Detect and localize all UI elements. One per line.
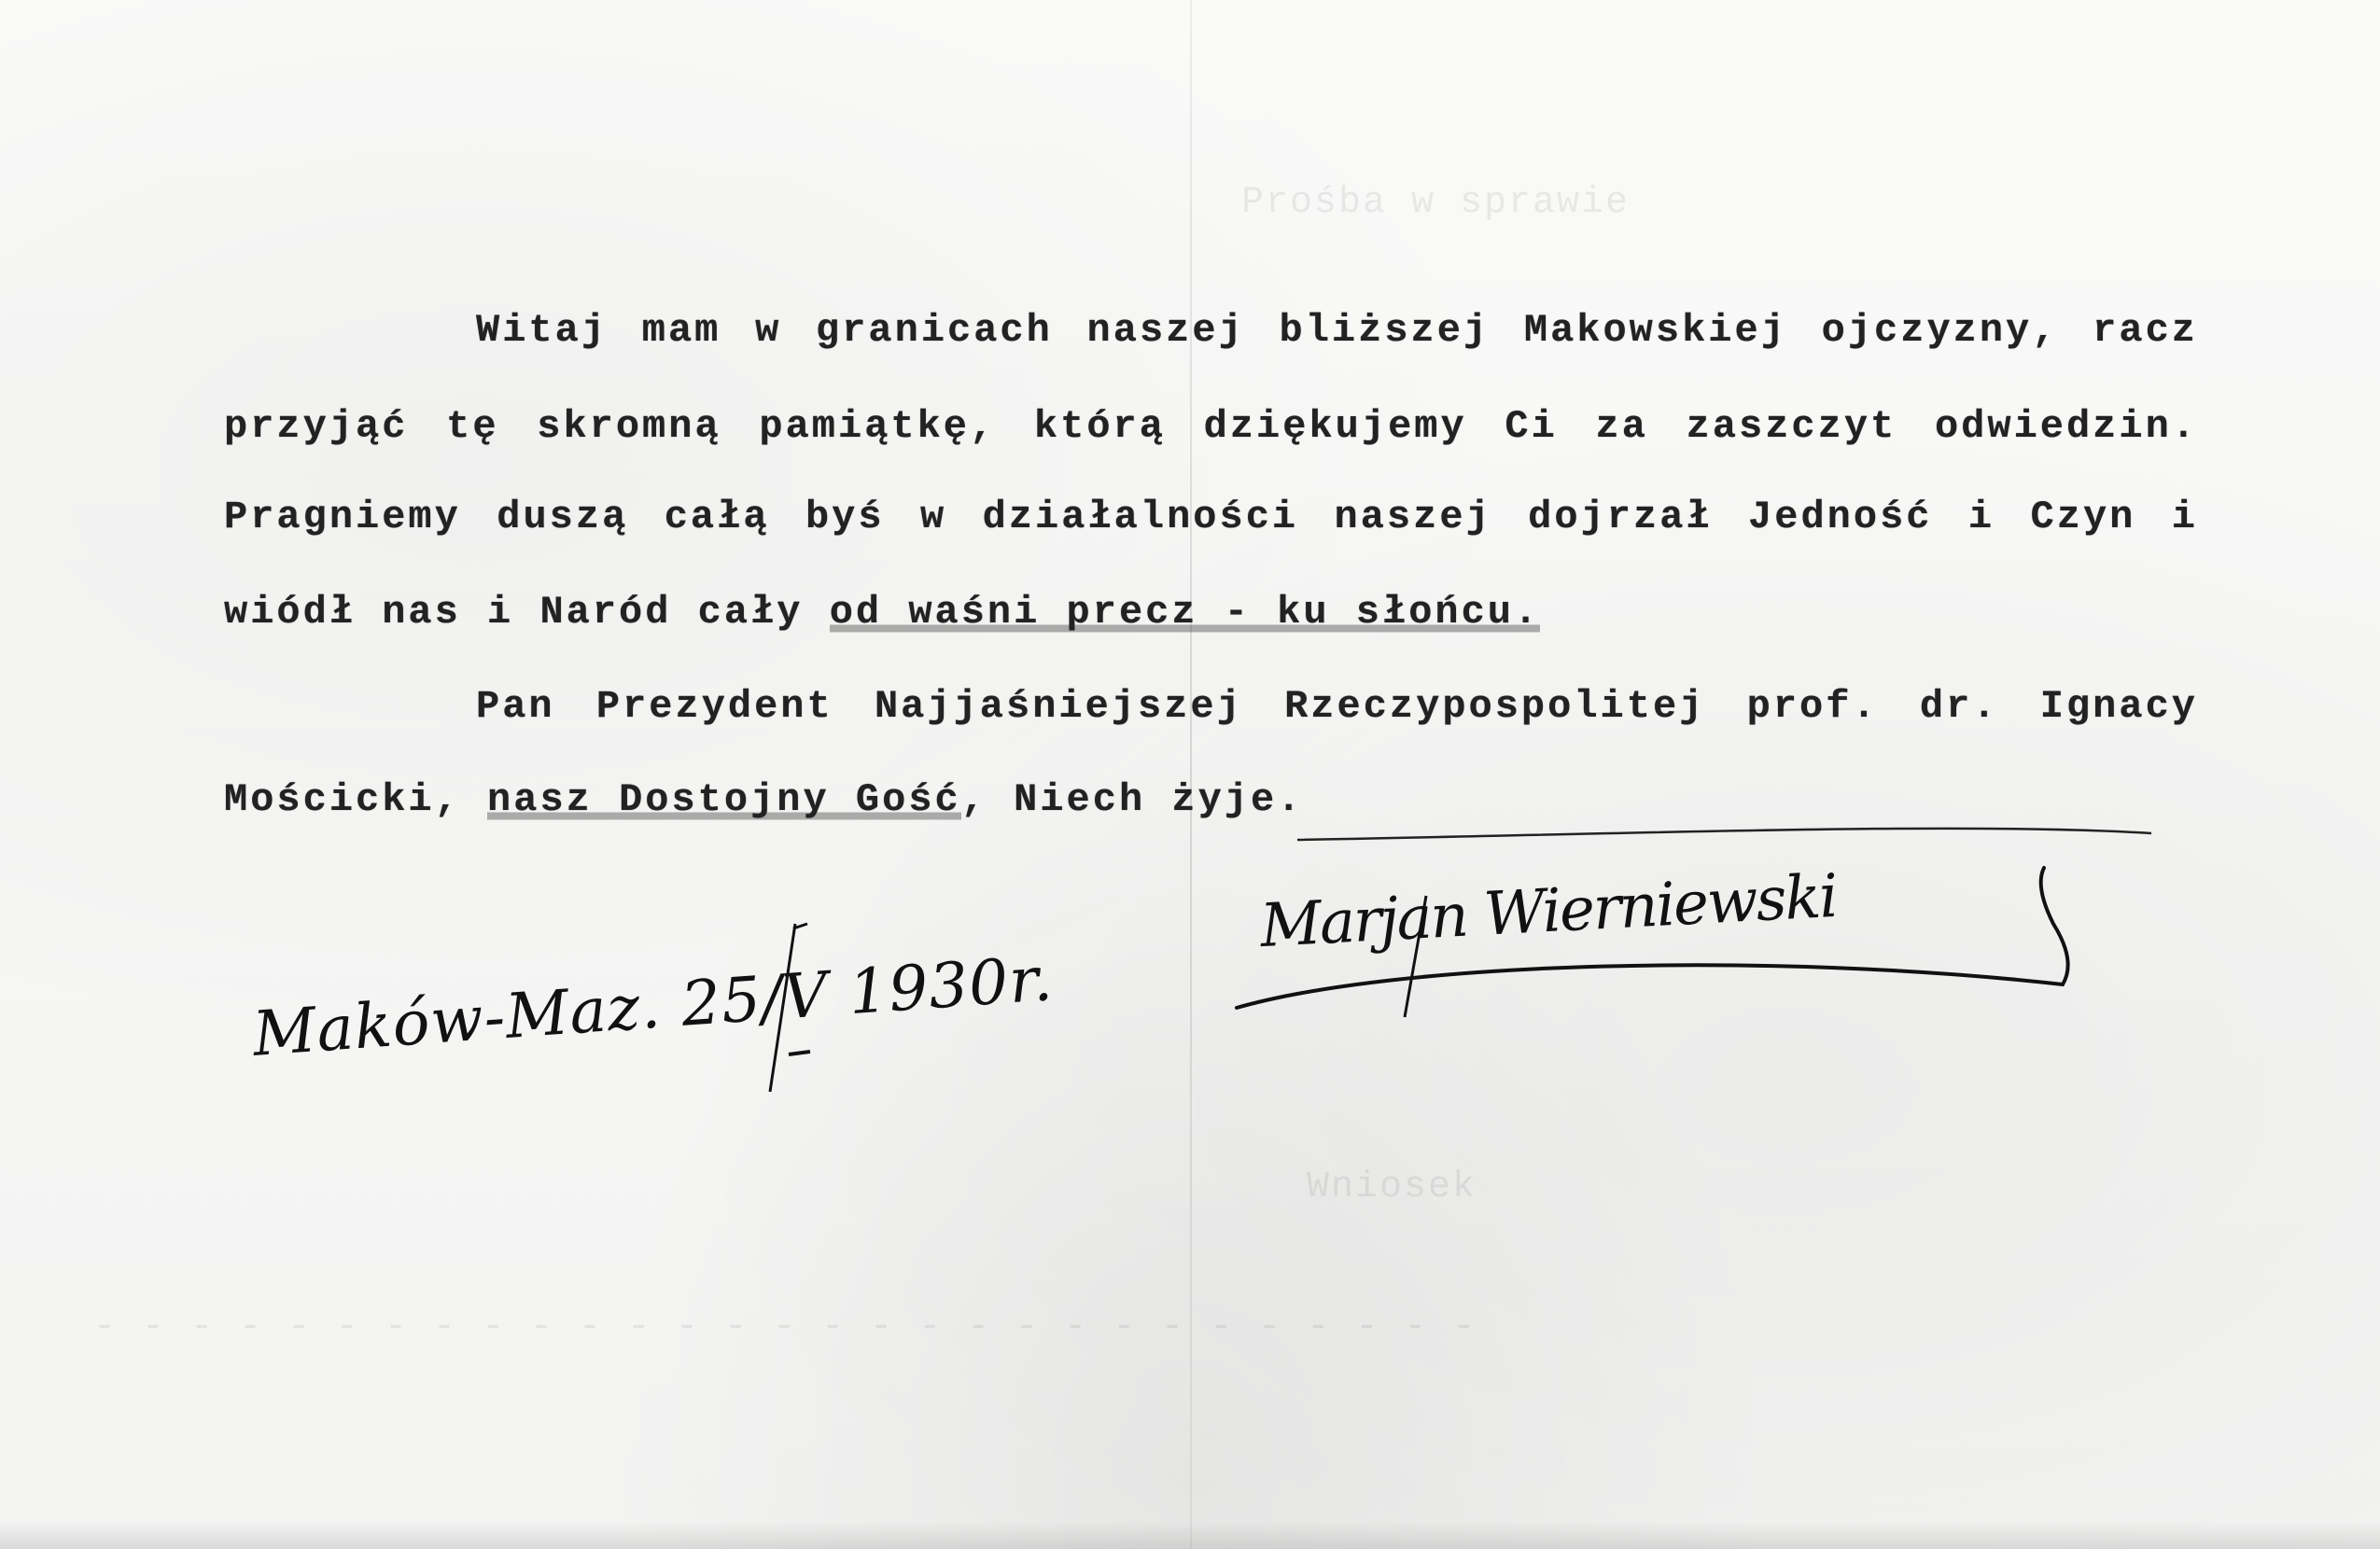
signature-flourish [0, 0, 2380, 1549]
